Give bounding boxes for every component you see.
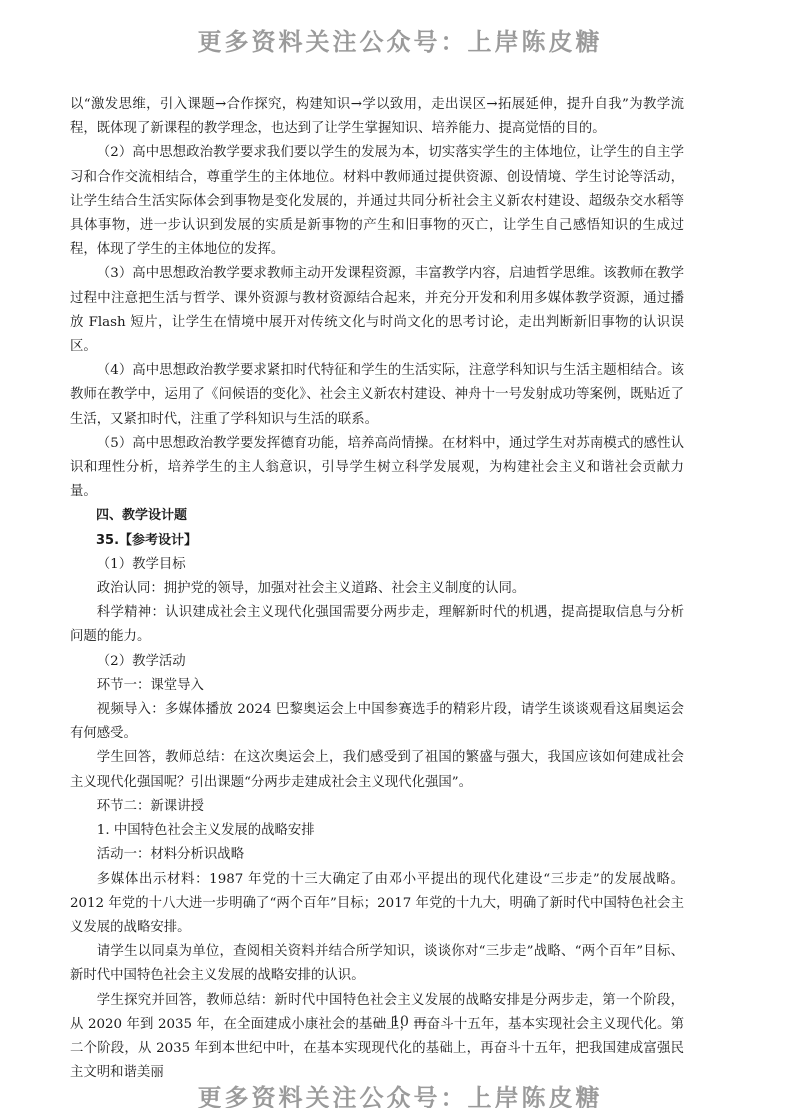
- question-heading: 35.【参考设计】: [70, 529, 684, 553]
- subheading-stage-1: 环节一：课堂导入: [70, 674, 684, 698]
- paragraph-video-intro: 视频导入：多媒体播放 2024 巴黎奥运会上中国参赛选手的精彩片段，请学生谈谈观…: [70, 698, 684, 746]
- subheading-teaching-goals: （1）教学目标: [70, 553, 684, 577]
- page-body: 以“激发思维，引入课题→合作探究，构建知识→学以致用，走出误区→拓展延伸，提升自…: [70, 93, 684, 1085]
- watermark-top: 更多资料关注公众号：上岸陈皮糖: [0, 22, 800, 57]
- watermark-bottom: 更多资料关注公众号：上岸陈皮糖: [0, 1078, 800, 1108]
- paragraph-point-5: （5）高中思想政治教学要发挥德育功能，培养高尚情操。在材料中，通过学生对苏南模式…: [70, 432, 684, 505]
- subheading-activity-1: 活动一：材料分析识战略: [70, 843, 684, 867]
- paragraph-scientific-spirit: 科学精神：认识建成社会主义现代化强国需要分两步走，理解新时代的机遇，提高提取信息…: [70, 601, 684, 649]
- paragraph-material: 多媒体出示材料：1987 年党的十三大确定了由邓小平提出的现代化建设“三步走”的…: [70, 868, 684, 941]
- paragraph-group-task: 请学生以同桌为单位，查阅相关资料并结合所学知识，谈谈你对“三步走”战略、“两个百…: [70, 940, 684, 988]
- paragraph-teacher-summary: 学生探究并回答，教师总结：新时代中国特色社会主义发展的战略安排是分两步走，第一个…: [70, 989, 684, 1086]
- paragraph-political-identity: 政治认同：拥护党的领导，加强对社会主义道路、社会主义制度的认同。: [70, 577, 684, 601]
- section-heading: 四、教学设计题: [70, 504, 684, 528]
- subheading-teaching-activities: （2）教学活动: [70, 650, 684, 674]
- paragraph-student-answer: 学生回答，教师总结：在这次奥运会上，我们感受到了祖国的繁盛与强大，我国应该如何建…: [70, 746, 684, 794]
- paragraph-point-3: （3）高中思想政治教学要求教师主动开发课程资源，丰富教学内容，启迪哲学思维。该教…: [70, 262, 684, 359]
- subheading-strategy: 1. 中国特色社会主义发展的战略安排: [70, 819, 684, 843]
- paragraph-point-4: （4）高中思想政治教学要求紧扣时代特征和学生的生活实际，注意学科知识与生活主题相…: [70, 359, 684, 432]
- page-number: — 10 —: [0, 1014, 800, 1030]
- paragraph-point-2: （2）高中思想政治教学要求我们要以学生的发展为本，切实落实学生的主体地位，让学生…: [70, 141, 684, 262]
- paragraph-intro-continued: 以“激发思维，引入课题→合作探究，构建知识→学以致用，走出误区→拓展延伸，提升自…: [70, 93, 684, 141]
- subheading-stage-2: 环节二：新课讲授: [70, 795, 684, 819]
